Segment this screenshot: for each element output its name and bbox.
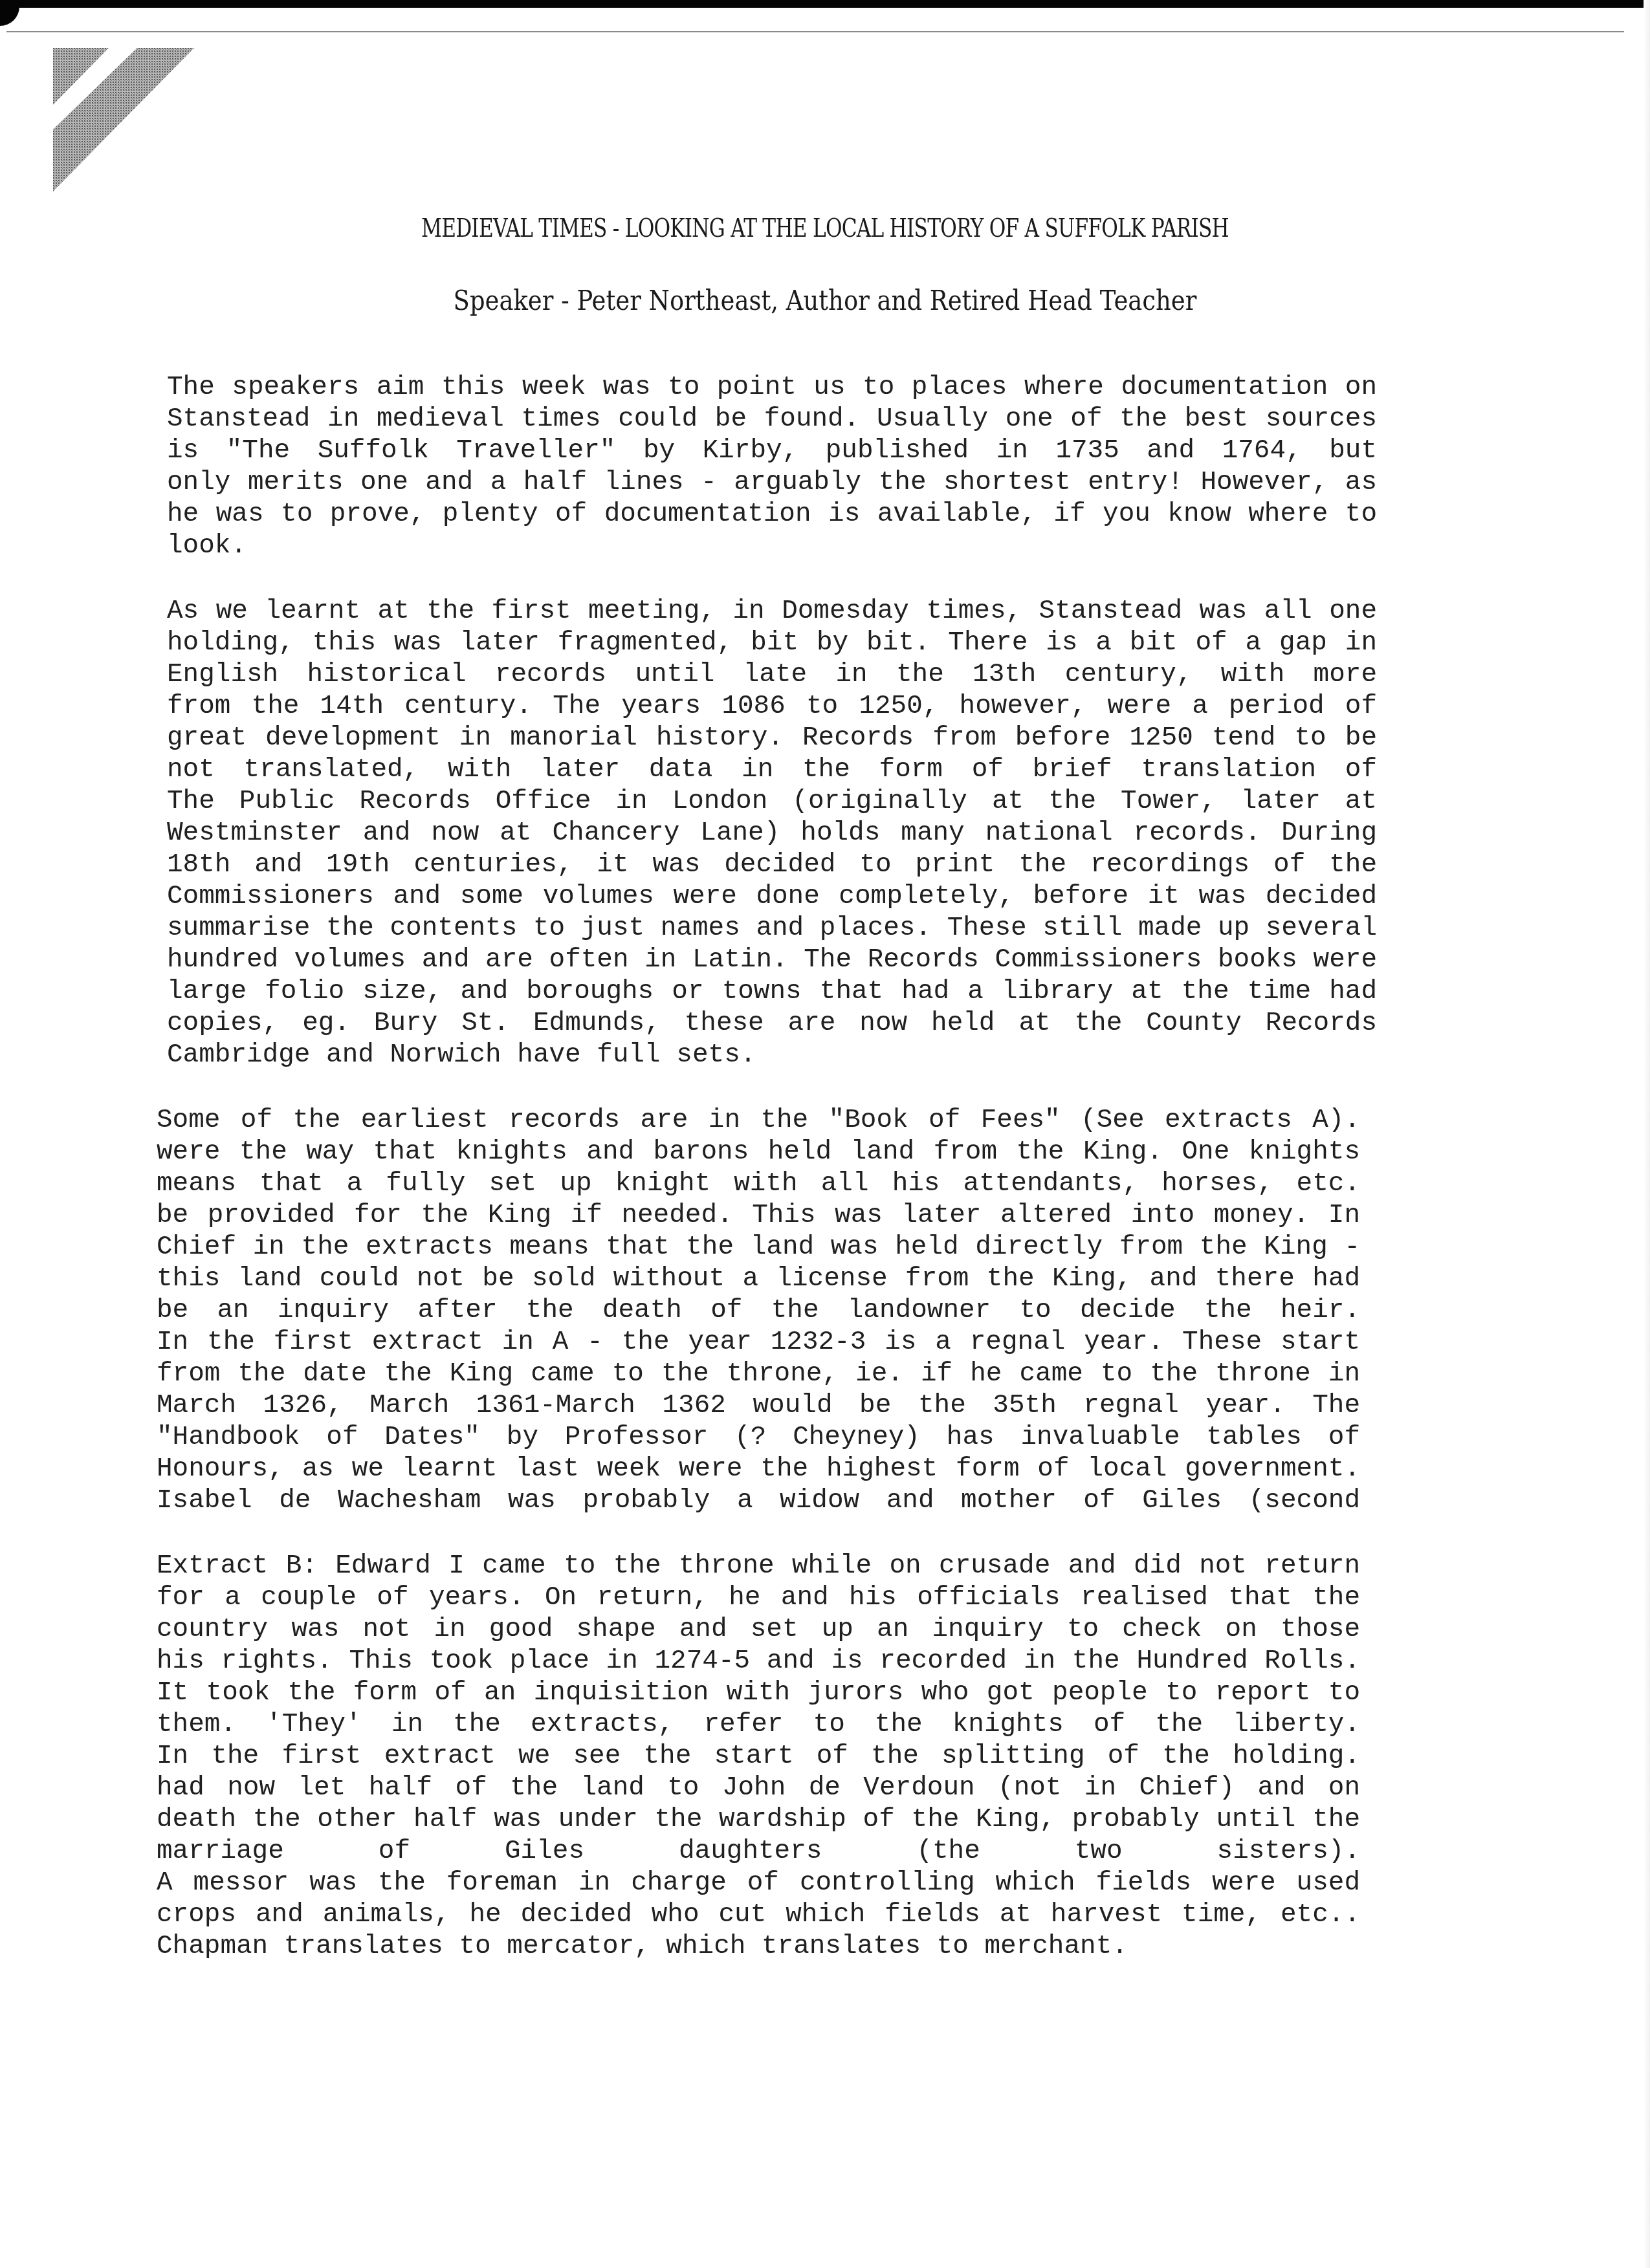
text-line: not translated, with later data in the f…	[167, 754, 1377, 786]
text-line: Some of the earliest records are in the …	[157, 1105, 1360, 1137]
text-line: Honours, as we learnt last week were the…	[157, 1454, 1360, 1485]
text-line: is "The Suffolk Traveller" by Kirby, pub…	[167, 435, 1377, 467]
text-line: from the 14th century. The years 1086 to…	[167, 691, 1377, 723]
text-line: summarise the contents to just names and…	[167, 913, 1377, 944]
text-line: be an inquiry after the death of the lan…	[157, 1295, 1360, 1327]
text-line: copies, eg. Bury St. Edmunds, these are …	[167, 1008, 1377, 1040]
text-line: "Handbook of Dates" by Professor (? Chey…	[157, 1422, 1360, 1454]
text-line: English historical records until late in…	[167, 659, 1377, 691]
text-line: death the other half was under the wards…	[157, 1804, 1360, 1836]
text-line: his rights. This took place in 1274-5 an…	[157, 1646, 1360, 1677]
text-line: Isabel de Wachesham was probably a widow…	[157, 1485, 1360, 1517]
text-line: A messor was the foreman in charge of co…	[157, 1868, 1360, 1899]
text-line: Cambridge and Norwich have full sets.	[167, 1040, 1377, 1071]
text-line: Chief in the extracts means that the lan…	[157, 1232, 1360, 1263]
text-line: March 1326, March 1361-March 1362 would …	[157, 1390, 1360, 1422]
text-line: The speakers aim this week was to point …	[167, 372, 1377, 404]
text-line: Commissioners and some volumes were done…	[167, 881, 1377, 913]
text-line: large folio size, and boroughs or towns …	[167, 976, 1377, 1008]
text-line: great development in manorial history. R…	[167, 723, 1377, 754]
text-line: In the first extract in A - the year 123…	[157, 1327, 1360, 1358]
scan-edge-line	[6, 31, 1624, 32]
text-line: be provided for the King if needed. This…	[157, 1200, 1360, 1232]
text-line: were the way that knights and barons hel…	[157, 1137, 1360, 1168]
text-line: In the first extract we see the start of…	[157, 1741, 1360, 1772]
scan-border-corner	[0, 0, 19, 26]
text-line: them. 'They' in the extracts, refer to t…	[157, 1709, 1360, 1741]
text-line: Westminster and now at Chancery Lane) ho…	[167, 818, 1377, 849]
text-line: 18th and 19th centuries, it was decided …	[167, 849, 1377, 881]
document-body: The speakers aim this week was to point …	[167, 372, 1377, 1996]
text-line: It took the form of an inquisition with …	[157, 1677, 1360, 1709]
text-line: only merits one and a half lines - argua…	[167, 467, 1377, 499]
paragraph-domesday: As we learnt at the first meeting, in Do…	[167, 596, 1377, 1071]
text-line: look.	[167, 530, 1377, 562]
text-line: country was not in good shape and set up…	[157, 1614, 1360, 1646]
paragraph-extract-b: Extract B: Edward I came to the throne w…	[157, 1551, 1377, 1963]
text-line: holding, this was later fragmented, bit …	[167, 627, 1377, 659]
text-line: The Public Records Office in London (ori…	[167, 786, 1377, 818]
text-line: Stanstead in medieval times could be fou…	[167, 404, 1377, 435]
scan-edge-right	[1644, 0, 1650, 2268]
scan-border-top	[0, 0, 1650, 8]
text-line: crops and animals, he decided who cut wh…	[157, 1899, 1360, 1931]
text-line: hundred volumes and are often in Latin. …	[167, 944, 1377, 976]
text-line: Extract B: Edward I came to the throne w…	[157, 1551, 1360, 1582]
text-line: marriage of Giles daughters (the two sis…	[157, 1836, 1360, 1868]
speaker-subtitle: Speaker - Peter Northeast, Author and Re…	[99, 285, 1551, 316]
diagonal-stripes-logo-icon	[50, 45, 199, 194]
text-line: this land could not be sold without a li…	[157, 1263, 1360, 1295]
text-line: he was to prove, plenty of documentation…	[167, 499, 1377, 530]
text-line: for a couple of years. On return, he and…	[157, 1582, 1360, 1614]
paragraph-intro: The speakers aim this week was to point …	[167, 372, 1377, 562]
text-line: As we learnt at the first meeting, in Do…	[167, 596, 1377, 627]
paragraph-book-of-fees: Some of the earliest records are in the …	[157, 1105, 1377, 1517]
page-title: MEDIEVAL TIMES - LOOKING AT THE LOCAL HI…	[182, 213, 1469, 243]
text-line: Chapman translates to mercator, which tr…	[157, 1931, 1360, 1963]
text-line: from the date the King came to the thron…	[157, 1358, 1360, 1390]
text-line: had now let half of the land to John de …	[157, 1772, 1360, 1804]
text-line: means that a fully set up knight with al…	[157, 1168, 1360, 1200]
